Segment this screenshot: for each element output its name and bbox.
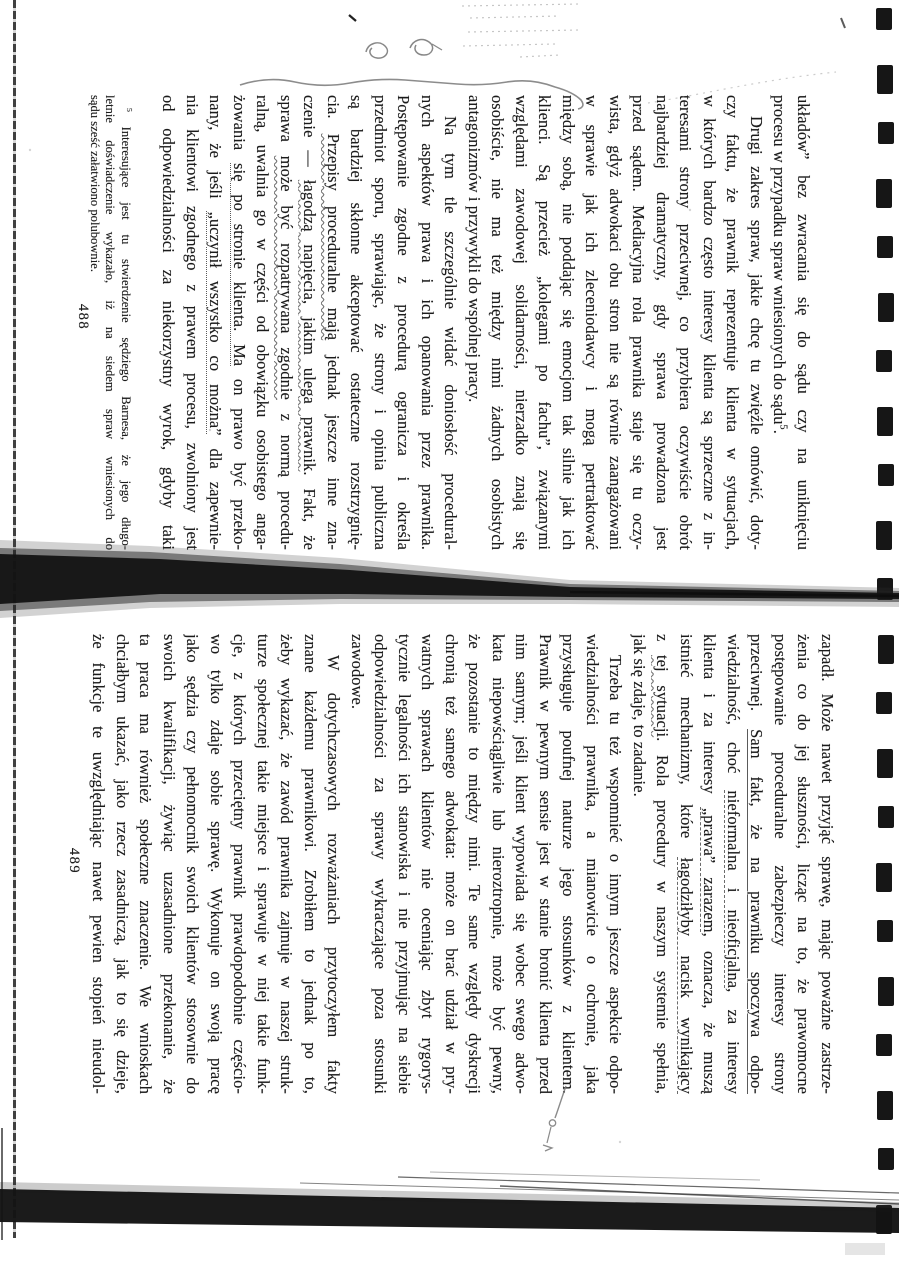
text-run: swoich kwalifikacji, żywiąc uzasadnione … <box>160 634 179 1094</box>
text-run: żeby wykazać, że zawód prawnika zajmuje … <box>278 634 297 1094</box>
edge-dash <box>876 863 892 892</box>
text-line: letnie doświadczenie wykazało, iż na sie… <box>102 95 118 550</box>
text-line: najbardziej dramatyczny, gdy sprawa prow… <box>651 95 675 550</box>
text-line: chciałbym ukazać, jako rzecz zasadniczą,… <box>111 634 135 1094</box>
text-run: turze społecznej takie miejsce i sprawuj… <box>254 634 273 1094</box>
text-line: układów” bez zwracania się do sądu czy n… <box>792 95 816 550</box>
edge-dash <box>878 635 894 664</box>
text-run: . Fakt, że <box>301 471 320 550</box>
bottom-edge-band <box>0 1172 899 1255</box>
text-run: wiedzialności prawnika, a mianowicie o o… <box>583 634 602 1094</box>
text-run: względami zawodowej solidarności, nierza… <box>512 95 531 550</box>
text-run: Trzeba tu też wspomnieć o innym jeszcze … <box>607 655 626 1094</box>
text-run: przedmiot sporu, sprawiając, że strony i… <box>371 95 390 550</box>
text-run: dla zapewnie- <box>207 436 226 550</box>
text-run: antagonizmów i przywykli do wspólnej pra… <box>465 95 484 402</box>
text-line: zapadł. Może nawet przyjąć sprawę, mając… <box>816 634 840 1094</box>
text-run: . Rola procedury w naszym systemie spełn… <box>654 737 673 1094</box>
text-line: turze społecznej takie miejsce i sprawuj… <box>252 634 276 1094</box>
text-line: odpowiedzialności za sprawy wykraczające… <box>369 634 393 1094</box>
text-line: jako sędzia czy pełnomocnik swoich klien… <box>181 634 205 1094</box>
corner-mark <box>841 18 845 28</box>
text-line: wista, gdyż adwokaci obu stron nie są ró… <box>604 95 628 550</box>
text-run: żowania <box>230 95 249 163</box>
text-line: nany, że jeśli „uczynił wszystko co możn… <box>204 95 228 550</box>
text-run: watnych sprawach klientów nie oceniając … <box>419 634 438 1094</box>
text-run: kata niepowściągliwie lub nieroztropnie,… <box>489 634 508 1094</box>
text-line: watnych sprawach klientów nie oceniając … <box>416 634 440 1094</box>
text-line: między sobą, nie poddając się emocjom ta… <box>557 95 581 550</box>
text-run: . <box>771 430 790 434</box>
edge-dash <box>877 578 893 600</box>
text-line: od odpowiedzialności za niekorzystny wyr… <box>157 95 181 550</box>
text-line: wo tylko zdaje sobie sprawę. Wykonuje on… <box>205 634 229 1094</box>
text-line: nia klientowi zgodnego z prawem procesu,… <box>181 95 205 550</box>
text-line: wiedzialność, choć nieformalna i nieofic… <box>722 634 746 1094</box>
edge-dash <box>878 122 894 144</box>
text-line: ta praca ma również społeczne znaczenie.… <box>134 634 158 1094</box>
text-line: tycznie legalności ich stanowiska i nie … <box>393 634 417 1094</box>
text-line: Postępowanie zgodne z procedurą ogranicz… <box>392 95 416 550</box>
text-run: z normą procedu- <box>277 400 296 550</box>
pencil-underlined-text: łagodziłyby nacisk wynikający <box>677 858 696 1094</box>
page-489: zapadł. Może nawet przyjąć sprawę, mając… <box>55 622 845 1100</box>
page-number-488: 488 <box>74 76 91 558</box>
text-run: nany, że jeśli <box>207 95 226 212</box>
text-line: teresami strony przeciwnej, co przybiera… <box>674 95 698 550</box>
edge-dash <box>877 65 893 94</box>
text-run: , za interesy <box>724 988 743 1094</box>
text-run: postępowanie proceduralne zabezpieczy in… <box>771 634 790 1094</box>
text-line: postępowanie proceduralne zabezpieczy in… <box>769 634 793 1094</box>
text-line: 5 Interesujące jest tu stwierdzenie sędz… <box>117 95 133 550</box>
text-run: Interesujące jest tu stwierdzenie sędzie… <box>119 112 133 550</box>
page-number-489: 489 <box>65 622 82 1100</box>
edge-dash <box>876 350 892 372</box>
text-run: między sobą, nie poddając się emocjom ta… <box>559 95 578 550</box>
text-run: że pozostanie to między nimi. Te same wz… <box>466 634 485 1094</box>
text-line: znane każdemu prawnikowi. Zrobiłem to je… <box>299 634 323 1094</box>
text-run: cia. <box>324 95 343 134</box>
edge-dash <box>878 464 894 486</box>
text-run: jak się zdaje, to zadanie. <box>630 634 649 797</box>
text-run: istnieć mechanizmy, które <box>677 634 696 858</box>
text-run: klienci. Są przecież „kolegami po fachu”… <box>536 95 555 550</box>
edge-dash <box>878 806 894 828</box>
edge-dash <box>877 749 893 778</box>
text-line: żenia co do jej słuszności, licząc na to… <box>792 634 816 1094</box>
text-run: W dotychczasowych rozważaniach przytoczy… <box>325 655 344 1094</box>
text-line: nim samym; jeśli klient wypowiada się wo… <box>510 634 534 1094</box>
text-run: z <box>654 634 673 655</box>
text-line: antagonizmów i przywykli do wspólnej pra… <box>463 95 487 550</box>
edge-dash <box>876 521 892 550</box>
edge-dash <box>876 8 892 30</box>
text-run: ta praca ma również społeczne znaczenie.… <box>137 634 156 1094</box>
text-run: są bardziej skłonne akceptować ostateczn… <box>348 95 367 550</box>
text-line: kata niepowściągliwie lub nieroztropnie,… <box>487 634 511 1094</box>
edge-dash <box>878 977 894 1006</box>
text-run: jako sędzia czy pełnomocnik swoich klien… <box>184 634 203 1094</box>
page-488-inner: układów” bez zwracania się do sądu czy n… <box>86 76 820 558</box>
book-scan: układów” bez zwracania się do sądu czy n… <box>0 0 899 1263</box>
text-run: wista, gdyż adwokaci obu stron nie są ró… <box>606 95 625 550</box>
text-line: czy faktu, że prawnik reprezentuje klien… <box>721 95 745 550</box>
text-run: żenia co do jej słuszności, licząc na to… <box>795 634 814 1094</box>
text-run: procesu w przypadku spraw wniesionych do… <box>771 95 790 425</box>
text-run: przeciwnej. <box>748 634 767 729</box>
left-edge-scan-line-2 <box>1 1128 3 1240</box>
text-run: klienta i za interesy <box>701 634 720 808</box>
text-run: czenie — <box>301 95 320 180</box>
text-run: że funkcje te uwzględniając nawet pewien… <box>90 634 109 1094</box>
text-run: nia klientowi zgodnego z prawem procesu,… <box>183 95 202 550</box>
text-run: nim samym; jeśli klient wypowiada się wo… <box>513 634 532 1094</box>
edge-dash <box>877 920 893 942</box>
text-run: od odpowiedzialności za niekorzystny wyr… <box>160 95 179 550</box>
show-through-dotted-lines <box>462 4 580 57</box>
edge-dash <box>877 407 893 436</box>
text-line: swoich kwalifikacji, żywiąc uzasadnione … <box>158 634 182 1094</box>
text-line: żeby wykazać, że zawód prawnika zajmuje … <box>275 634 299 1094</box>
text-line: względami zawodowej solidarności, nierza… <box>510 95 534 550</box>
text-line: klienta i za interesy „prawa” zarazem, o… <box>698 634 722 1094</box>
text-line: Na tym tle szczególnie widać doniosłość … <box>439 95 463 550</box>
text-line: istnieć mechanizmy, które łagodziłyby na… <box>675 634 699 1094</box>
loop-scribbles <box>366 40 442 59</box>
text-line: z tej sytuacji. Rola procedury w naszym … <box>651 634 675 1094</box>
text-run: znane każdemu prawnikowi. Zrobiłem to je… <box>301 634 320 1094</box>
pencil-underlined-text: się po stronie klienta. Ma <box>230 163 249 366</box>
page-488-footnote: 5 Interesujące jest tu stwierdzenie sędz… <box>86 95 133 550</box>
text-run: osobiście, nie ma też między nimi żadnyc… <box>489 95 508 550</box>
text-run: Na tym tle szczególnie widać doniosłość … <box>442 116 461 550</box>
page-488: układów” bez zwracania się do sądu czy n… <box>68 76 820 558</box>
text-line: w których bardzo często interesy klienta… <box>698 95 722 550</box>
text-line: cje, z których przeciętny prawnik prawdo… <box>228 634 252 1094</box>
text-run: ralną, uwalnia go w części od obowiązku … <box>254 95 273 550</box>
text-line: że funkcje te uwzględniając nawet pewien… <box>87 634 111 1094</box>
text-line: przed sądem. Mediacyjna rola prawnika st… <box>627 95 651 550</box>
edge-dash <box>878 293 894 322</box>
text-line: wiedzialności prawnika, a mianowicie o o… <box>581 634 605 1094</box>
text-run: sprawa <box>277 95 296 156</box>
text-run: letnie doświadczenie wykazało, iż na sie… <box>103 95 117 550</box>
text-line: klienci. Są przecież „kolegami po fachu”… <box>533 95 557 550</box>
text-line: W dotychczasowych rozważaniach przytoczy… <box>322 634 346 1094</box>
text-run: chronią też samego adwokata: może on bra… <box>442 634 461 1094</box>
text-run: Postępowanie zgodne z procedurą ogranicz… <box>395 95 414 550</box>
edge-dash <box>876 1205 892 1234</box>
text-run: chciałbym ukazać, jako rzecz zasadniczą,… <box>113 634 132 1094</box>
edge-dash <box>876 1034 892 1056</box>
page-489-body-text: zapadł. Może nawet przyjąć sprawę, mając… <box>87 634 839 1094</box>
pencil-underlined-text: nieformalna i nieoficjalna <box>724 790 743 988</box>
text-line: przeciwnej. Sam fakt, że na prawniku spo… <box>745 634 769 1094</box>
text-line: zawodowe. <box>346 634 370 1094</box>
pencil-underlined-text: łagodzą napięcia, jakim ulega prawnik <box>301 180 320 471</box>
text-line: przedmiot sporu, sprawiając, że strony i… <box>369 95 393 550</box>
text-line: nych aspektów prawa i ich opanowania prz… <box>416 95 440 550</box>
page-489-inner: zapadł. Może nawet przyjąć sprawę, mając… <box>87 622 845 1100</box>
text-line: przysługuje poufnej naturze jego stosunk… <box>557 634 581 1094</box>
edge-dash <box>876 692 892 714</box>
text-run: Prawnik w pewnym sensie jest w stanie br… <box>536 634 555 1094</box>
text-run: układów” bez zwracania się do sądu czy n… <box>794 95 813 550</box>
text-line: jak się zdaje, to zadanie. <box>628 634 652 1094</box>
edge-dash <box>876 179 892 208</box>
page-488-body-text: układów” bez zwracania się do sądu czy n… <box>157 95 815 550</box>
text-line: żowania się po stronie klienta. Ma on pr… <box>228 95 252 550</box>
pencil-underlined-text: Sam fakt, że na prawniku spoczywa odpo- <box>748 729 767 1094</box>
text-run: czy faktu, że prawnik reprezentuje klien… <box>724 95 743 550</box>
text-line: są bardziej skłonne akceptować ostateczn… <box>345 95 369 550</box>
text-run: cje, z których przeciętny prawnik prawdo… <box>231 634 250 1094</box>
pencil-underlined-text: tej sytuacji <box>654 655 673 737</box>
edge-dash <box>877 1091 893 1120</box>
pencil-underlined-text: „prawa” zarazem <box>701 808 720 933</box>
text-line: Drugi zakres spraw, jakie chcę tu zwięźl… <box>745 95 769 550</box>
text-line: Trzeba tu też wspomnieć o innym jeszcze … <box>604 634 628 1094</box>
text-line: w sprawie jak ich zleceniodawcy i mogą p… <box>580 95 604 550</box>
text-run: tycznie legalności ich stanowiska i nie … <box>395 634 414 1094</box>
text-line: sprawa może być rozpatrywana zgodnie z n… <box>275 95 299 550</box>
pencil-underlined-text: Przepisy proceduralne mają <box>324 134 343 340</box>
pencil-underlined-text: „uczynił wszystko co można” <box>207 212 226 436</box>
edge-dash <box>878 1148 894 1170</box>
text-line: Prawnik w pewnym sensie jest w stanie br… <box>534 634 558 1094</box>
text-run: nych aspektów prawa i ich opanowania prz… <box>418 95 437 550</box>
text-run: przysługuje poufnej naturze jego stosunk… <box>560 634 579 1094</box>
text-run: zapadł. Może nawet przyjąć sprawę, mając… <box>818 634 837 1094</box>
text-run: w sprawie jak ich zleceniodawcy i mogą p… <box>583 95 602 550</box>
text-run: jednak jeszcze inne zna- <box>324 340 343 550</box>
text-line: ralną, uwalnia go w części od obowiązku … <box>251 95 275 550</box>
text-run: Drugi zakres spraw, jakie chcę tu zwięźl… <box>747 116 766 550</box>
text-run: przed sądem. Mediacyjna rola prawnika st… <box>630 95 649 550</box>
text-line: czenie — łagodzą napięcia, jakim ulega p… <box>298 95 322 550</box>
text-run: teresami strony przeciwnej, co przybiera… <box>677 95 696 550</box>
text-run: on prawo być przeko- <box>230 366 249 550</box>
text-run: odpowiedzialności za sprawy wykraczające… <box>372 634 391 1094</box>
left-edge-scan-line <box>13 0 16 1238</box>
text-run: w których bardzo często interesy klienta… <box>700 95 719 550</box>
pencil-underlined-text: może być rozpatrywana zgodnie <box>277 156 296 400</box>
text-run: zawodowe. <box>348 634 367 709</box>
text-run: najbardziej dramatyczny, gdy sprawa prow… <box>653 95 672 550</box>
text-line: że pozostanie to między nimi. Te same wz… <box>463 634 487 1094</box>
edge-dash <box>877 236 893 258</box>
text-line: chronią też samego adwokata: może on bra… <box>440 634 464 1094</box>
text-run: wiedzialność, choć <box>724 634 743 790</box>
text-line: cia. Przepisy proceduralne mają jednak j… <box>322 95 346 550</box>
text-line: procesu w przypadku spraw wniesionych do… <box>768 95 792 550</box>
text-run: , oznacza, że muszą <box>701 933 720 1094</box>
text-line: osobiście, nie ma też między nimi żadnyc… <box>486 95 510 550</box>
text-run: wo tylko zdaje sobie sprawę. Wykonuje on… <box>207 634 226 1094</box>
pencil-tick <box>349 15 356 21</box>
